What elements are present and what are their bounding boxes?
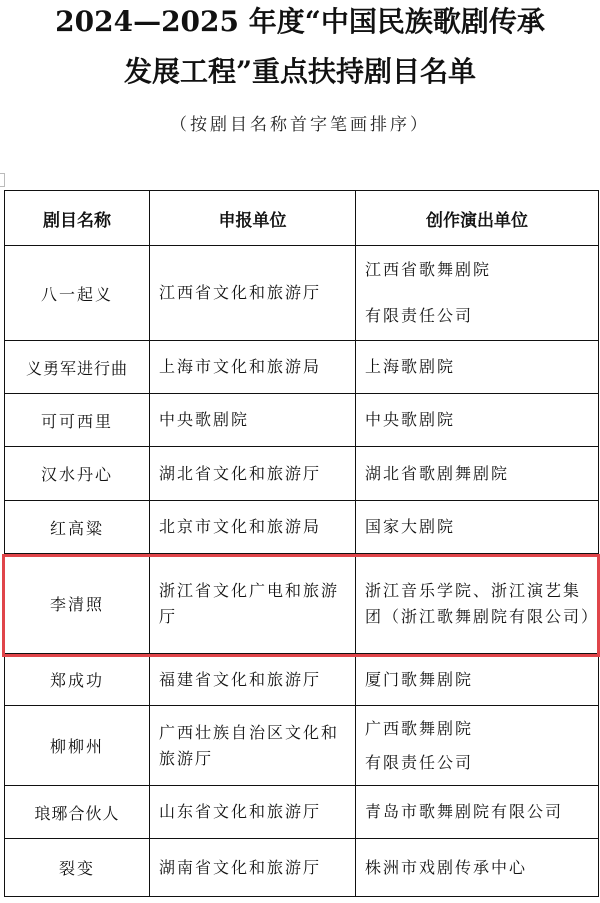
- header-name: 剧目名称: [5, 191, 150, 246]
- cell-producer: 厦门歌舞剧院: [356, 654, 599, 706]
- cell-applicant: 山东省文化和旅游厅: [150, 786, 356, 839]
- cell-producer: 广西歌舞剧院 有限责任公司: [356, 706, 599, 786]
- table-row: 红高粱 北京市文化和旅游局 国家大剧院: [5, 501, 599, 554]
- document-title-line-1: 2024—2025 年度“中国民族歌剧传承: [0, 0, 600, 40]
- cell-applicant: 中央歌剧院: [150, 394, 356, 447]
- cell-producer: 国家大剧院: [356, 501, 599, 554]
- table-row: 八一起义 江西省文化和旅游厅 江西省歌舞剧院 有限责任公司: [5, 246, 599, 341]
- cell-producer: 湖北省歌剧舞剧院: [356, 447, 599, 501]
- table-row: 柳柳州 广西壮族自治区文化和旅游厅 广西歌舞剧院 有限责任公司: [5, 706, 599, 786]
- table-row: 琅琊合伙人 山东省文化和旅游厅 青岛市歌舞剧院有限公司: [5, 786, 599, 839]
- cell-applicant: 福建省文化和旅游厅: [150, 654, 356, 706]
- table-row: 义勇军进行曲 上海市文化和旅游局 上海歌剧院: [5, 341, 599, 394]
- document-title-line-2: 发展工程”重点扶持剧目名单: [0, 50, 600, 90]
- table-row: 可可西里 中央歌剧院 中央歌剧院: [5, 394, 599, 447]
- table-header-row: 剧目名称 申报单位 创作演出单位: [5, 191, 599, 246]
- producer-line-1: 江西省歌舞剧院: [365, 260, 491, 279]
- cell-applicant: 湖南省文化和旅游厅: [150, 839, 356, 897]
- cell-producer: 中央歌剧院: [356, 394, 599, 447]
- cell-producer: 上海歌剧院: [356, 341, 599, 394]
- header-applicant: 申报单位: [150, 191, 356, 246]
- cell-name: 裂变: [5, 839, 150, 897]
- cell-applicant: 浙江省文化广电和旅游厅: [150, 554, 356, 654]
- producer-line-2: 有限责任公司: [365, 306, 473, 325]
- header-producer: 创作演出单位: [356, 191, 599, 246]
- table-row: 裂变 湖南省文化和旅游厅 株洲市戏剧传承中心: [5, 839, 599, 897]
- producer-line-1: 广西歌舞剧院: [365, 719, 473, 738]
- table-row-highlighted: 李清照 浙江省文化广电和旅游厅 浙江音乐学院、浙江演艺集团（浙江歌舞剧院有限公司…: [5, 554, 599, 654]
- cell-applicant: 北京市文化和旅游局: [150, 501, 356, 554]
- cell-name: 琅琊合伙人: [5, 786, 150, 839]
- cell-name: 汉水丹心: [5, 447, 150, 501]
- cell-name: 郑成功: [5, 654, 150, 706]
- cell-name: 李清照: [5, 554, 150, 654]
- cell-producer: 株洲市戏剧传承中心: [356, 839, 599, 897]
- page-marker: [0, 173, 5, 187]
- table-row: 郑成功 福建省文化和旅游厅 厦门歌舞剧院: [5, 654, 599, 706]
- cell-producer: 浙江音乐学院、浙江演艺集团（浙江歌舞剧院有限公司）: [356, 554, 599, 654]
- cell-name: 义勇军进行曲: [5, 341, 150, 394]
- cell-producer: 江西省歌舞剧院 有限责任公司: [356, 246, 599, 341]
- cell-name: 红高粱: [5, 501, 150, 554]
- cell-producer: 青岛市歌舞剧院有限公司: [356, 786, 599, 839]
- document-subtitle: （按剧目名称首字笔画排序）: [0, 110, 600, 135]
- cell-name: 八一起义: [5, 246, 150, 341]
- cell-applicant: 上海市文化和旅游局: [150, 341, 356, 394]
- cell-name: 柳柳州: [5, 706, 150, 786]
- repertoire-table: 剧目名称 申报单位 创作演出单位 八一起义 江西省文化和旅游厅 江西省歌舞剧院 …: [4, 190, 599, 897]
- table-row: 汉水丹心 湖北省文化和旅游厅 湖北省歌剧舞剧院: [5, 447, 599, 501]
- producer-line-2: 有限责任公司: [365, 753, 473, 772]
- cell-name: 可可西里: [5, 394, 150, 447]
- cell-applicant: 江西省文化和旅游厅: [150, 246, 356, 341]
- cell-applicant: 湖北省文化和旅游厅: [150, 447, 356, 501]
- cell-applicant: 广西壮族自治区文化和旅游厅: [150, 706, 356, 786]
